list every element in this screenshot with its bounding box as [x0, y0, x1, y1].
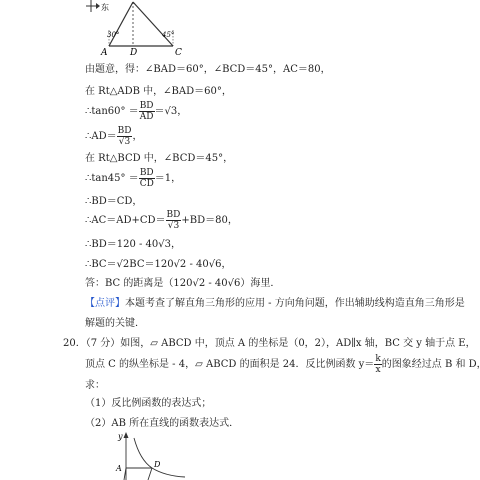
angle-c-label: 45°	[161, 31, 174, 39]
solution-line-4: ∴AD＝BD√3，	[85, 124, 142, 150]
question-1: （1）反比例函数的表达式；	[85, 398, 211, 410]
solution-line-9: ∴BD＝120 - 40√3，	[85, 239, 181, 251]
y-axis-label: y	[117, 432, 123, 441]
fraction-bd-ad: BDAD	[139, 101, 155, 122]
fraction-bd-sqrt3-2: BD√3	[166, 210, 182, 231]
point-c-label: C	[175, 48, 182, 58]
coordinate-figure: y A D	[110, 430, 190, 480]
solution-line-1: 由题意，得：∠BAD＝60°，∠BCD＝45°，AC＝80，	[85, 64, 331, 76]
solution-line-2: 在 Rt△ADB 中，∠BAD＝60°，	[85, 86, 232, 98]
fraction-bd-sqrt3: BD√3	[117, 126, 133, 147]
compass-east-label: 东	[101, 2, 109, 12]
fraction-k-x: kx	[374, 354, 381, 375]
fraction-bd-cd: BDCD	[139, 168, 155, 189]
problem20-line-3: 求：	[85, 380, 105, 392]
solution-line-3: ∴tan60° ＝BDAD＝√3，	[85, 100, 187, 124]
problem20-line-2: 顶点 C 的纵坐标是 - 4，▱ ABCD 的面积是 24．反比例函数 y＝kx…	[85, 352, 480, 378]
problem20-line-1: 20．（7 分）如图，▱ ABCD 中，顶点 A 的坐标是（0，2），AD∥x …	[63, 338, 476, 350]
comment-tag: 【点评】	[85, 298, 125, 309]
solution-line-10: ∴BC＝√2BC＝120√2 - 40√6，	[85, 259, 231, 271]
solution-line-7: ∴BD＝CD，	[85, 196, 142, 208]
triangle-figure: 东 30° 45° A D C	[80, 0, 220, 58]
point-d-label: D	[153, 460, 161, 469]
solution-line-8: ∴AC＝AD+CD＝BD√3+BD＝80，	[85, 208, 238, 234]
comment-line-1: 【点评】本题考查了解直角三角形的应用 - 方向角问题，作出辅助线构造直角三角形是	[85, 298, 465, 310]
tan60-prefix: ∴tan60° ＝	[85, 106, 139, 117]
point-a-label: A	[100, 48, 108, 58]
solution-line-11: 答：BC 的距离是（120√2 - 40√6）海里．	[85, 278, 280, 290]
comment-line-2: 解题的关键．	[85, 318, 145, 330]
angle-a-label: 30°	[107, 31, 119, 39]
point-d-label: D	[129, 48, 137, 58]
question-2: （2）AB 所在直线的函数表达式．	[85, 418, 239, 430]
solution-line-5: 在 Rt△BCD 中，∠BCD＝45°，	[85, 153, 233, 165]
solution-line-6: ∴tan45° ＝BDCD＝1，	[85, 166, 181, 192]
point-a-label: A	[115, 464, 122, 473]
